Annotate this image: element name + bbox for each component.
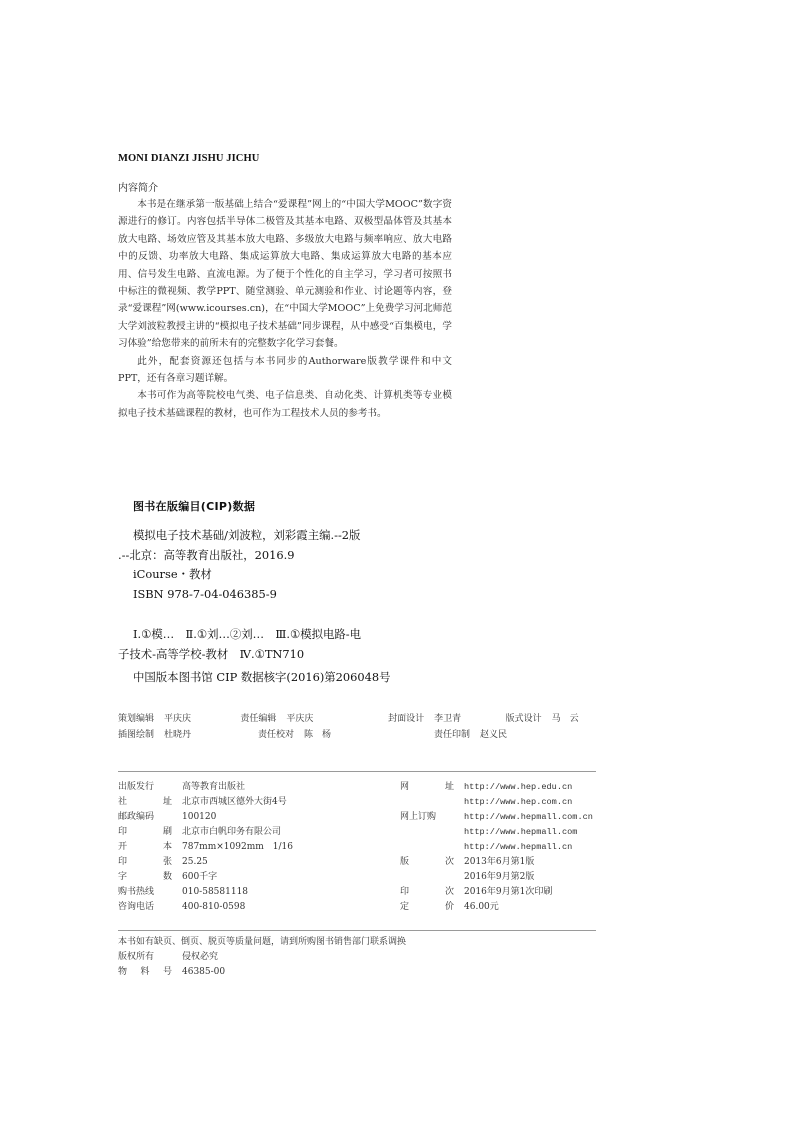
info-row: 定价46.00元 [400, 900, 593, 915]
credit-label: 责任编辑 [240, 711, 276, 727]
credits-row: 策划编辑平庆庆 责任编辑平庆庆 封面设计李卫青 版式设计马 云 [118, 711, 598, 727]
price-value: 46.00元 [464, 900, 499, 915]
copyright-row: 版权所有侵权必究 [118, 950, 406, 965]
label-part: 址 [445, 780, 454, 795]
label-part: 数 [163, 870, 172, 885]
publication-info-right: 网址http://www.hep.edu.cn http://www.hep.c… [400, 780, 593, 915]
cip-class-line: Ⅰ.①模… Ⅱ.①刘…②刘… Ⅲ.①模拟电路-电 [118, 624, 478, 644]
info-label: 网址 [400, 780, 454, 795]
credit: 插图绘制杜晓丹 [118, 727, 228, 743]
pinyin-title: MONI DIANZI JISHU JICHU [118, 153, 259, 164]
divider [118, 771, 596, 772]
intro-paragraph: 本书可作为高等院校电气类、电子信息类、自动化类、计算机类等专业模拟电子技术基础课… [118, 387, 452, 422]
info-label: 出版发行 [118, 780, 172, 795]
label-part: 刷 [163, 825, 172, 840]
credits: 策划编辑平庆庆 责任编辑平庆庆 封面设计李卫青 版式设计马 云 插图绘制杜晓丹 … [118, 711, 598, 743]
credit: 版式设计马 云 [506, 711, 598, 727]
info-row: 咨询电话400-810-0598 [118, 900, 293, 915]
intro-paragraph: 此外，配套资源还包括与本书同步的Authorware版教学课件和中文PPT，还有… [118, 353, 452, 388]
info-row: 开本787mm×1092mm 1/16 [118, 840, 293, 855]
cip-record: 模拟电子技术基础/刘波粒，刘彩霞主编.--2版 .--北京：高等教育出版社，20… [118, 526, 478, 604]
credit: 责任编辑平庆庆 [240, 711, 388, 727]
credit-value: 陈 杨 [304, 727, 331, 743]
info-row: 印张25.25 [118, 855, 293, 870]
label-part: 印 [400, 885, 409, 900]
info-label [400, 795, 454, 810]
label-part: 字 [118, 870, 127, 885]
credit-value: 平庆庆 [164, 711, 191, 727]
cip-class-line: 子技术-高等学校-教材 Ⅳ.①TN710 [118, 644, 478, 664]
info-row: 出版发行高等教育出版社 [118, 780, 293, 795]
label-part: 出版发行 [118, 780, 154, 795]
copyright-label: 版权所有 [118, 950, 172, 965]
label-part: 张 [163, 855, 172, 870]
info-row: 社址北京市西城区德外大街4号 [118, 795, 293, 810]
item-number-label: 物料号 [118, 965, 172, 980]
credit-label: 封面设计 [388, 711, 424, 727]
label-part: 次 [445, 855, 454, 870]
label-part: 号 [163, 965, 172, 980]
store-link[interactable]: http://www.hepmall.com [464, 825, 577, 840]
item-number-value: 46385-00 [182, 965, 225, 980]
info-label: 印刷 [118, 825, 172, 840]
cip-record-number: 中国版本图书馆 CIP 数据核字(2016)第206048号 [133, 669, 391, 685]
credit-value: 李卫青 [434, 711, 461, 727]
info-label: 定价 [400, 900, 454, 915]
credit: 封面设计李卫青 [388, 711, 506, 727]
info-row: 印次2016年9月第1次印刷 [400, 885, 593, 900]
label-part: 社 [118, 795, 127, 810]
info-label: 开本 [118, 840, 172, 855]
label-part: 版 [400, 855, 409, 870]
info-value: 2013年6月第1版 [464, 855, 534, 870]
info-label [400, 840, 454, 855]
credit-label: 策划编辑 [118, 711, 154, 727]
info-row: 网上订购http://www.hepmall.com.cn [400, 810, 593, 825]
label-part: 次 [445, 885, 454, 900]
cip-title: 图书在版编目(CIP)数据 [133, 498, 255, 514]
credit-label: 版式设计 [506, 711, 542, 727]
credit: 责任校对陈 杨 [258, 727, 434, 743]
cip-line: .--北京：高等教育出版社，2016.9 [118, 546, 478, 566]
info-row: http://www.hep.com.cn [400, 795, 593, 810]
info-label: 咨询电话 [118, 900, 172, 915]
info-row: 印刷北京市白帆印务有限公司 [118, 825, 293, 840]
label-part: 网上订购 [400, 810, 436, 825]
info-row: 字数600千字 [118, 870, 293, 885]
info-row: 版次2013年6月第1版 [400, 855, 593, 870]
website-link[interactable]: http://www.hep.com.cn [464, 795, 572, 810]
cip-isbn: ISBN 978-7-04-046385-9 [118, 585, 478, 605]
info-value: 010-58581118 [182, 885, 248, 900]
info-value: 北京市西城区德外大街4号 [182, 795, 287, 810]
info-label: 购书热线 [118, 885, 172, 900]
info-value: 2016年9月第1次印刷 [464, 885, 552, 900]
footer: 本书如有缺页、倒页、脱页等质量问题，请到所购图书销售部门联系调换 版权所有侵权必… [118, 935, 406, 980]
info-value: 400-810-0598 [182, 900, 245, 915]
info-label: 邮政编码 [118, 810, 172, 825]
cip-line: iCourse・教材 [118, 565, 478, 585]
info-label [400, 870, 454, 885]
label-part: 址 [163, 795, 172, 810]
publication-info-left: 出版发行高等教育出版社 社址北京市西城区德外大街4号 邮政编码100120 印刷… [118, 780, 293, 915]
label-part: 印 [118, 855, 127, 870]
label-part: 购书热线 [118, 885, 154, 900]
intro-heading: 内容简介 [118, 179, 158, 194]
credit-label: 责任校对 [258, 727, 294, 743]
info-label: 社址 [118, 795, 172, 810]
store-link[interactable]: http://www.hepmall.cn [464, 840, 572, 855]
info-value: 25.25 [182, 855, 208, 870]
credit-value: 平庆庆 [286, 711, 313, 727]
divider [118, 930, 596, 931]
info-row: http://www.hepmall.cn [400, 840, 593, 855]
info-label: 印张 [118, 855, 172, 870]
label-part: 定 [400, 900, 409, 915]
cip-classification: Ⅰ.①模… Ⅱ.①刘…②刘… Ⅲ.①模拟电路-电 子技术-高等学校-教材 Ⅳ.①… [118, 624, 478, 664]
credit: 责任印制赵义民 [434, 727, 574, 743]
label-part: 网 [400, 780, 409, 795]
info-label: 印次 [400, 885, 454, 900]
credit-value: 马 云 [552, 711, 579, 727]
info-row: 购书热线010-58581118 [118, 885, 293, 900]
credit: 策划编辑平庆庆 [118, 711, 210, 727]
info-row: 邮政编码100120 [118, 810, 293, 825]
cip-line: 模拟电子技术基础/刘波粒，刘彩霞主编.--2版 [118, 526, 478, 546]
credit-value: 赵义民 [480, 727, 507, 743]
intro-text: 本书是在继承第一版基础上结合“爱课程”网上的“中国大学MOOC”数字资源进行的修… [118, 196, 452, 422]
credit-value: 杜晓丹 [164, 727, 191, 743]
info-value: 北京市白帆印务有限公司 [182, 825, 281, 840]
label-part: 印 [118, 825, 127, 840]
info-value: 787mm×1092mm 1/16 [182, 840, 293, 855]
label-part: 邮政编码 [118, 810, 154, 825]
info-label: 字数 [118, 870, 172, 885]
store-link[interactable]: http://www.hepmall.com.cn [464, 810, 593, 825]
label-part: 料 [140, 965, 149, 980]
intro-paragraph: 本书是在继承第一版基础上结合“爱课程”网上的“中国大学MOOC”数字资源进行的修… [118, 196, 452, 353]
info-row: 网址http://www.hep.edu.cn [400, 780, 593, 795]
info-label [400, 825, 454, 840]
website-link[interactable]: http://www.hep.edu.cn [464, 780, 572, 795]
item-number-row: 物料号46385-00 [118, 965, 406, 980]
label-part: 本 [163, 840, 172, 855]
info-value: 600千字 [182, 870, 217, 885]
info-value: 2016年9月第2版 [464, 870, 534, 885]
quality-notice: 本书如有缺页、倒页、脱页等质量问题，请到所购图书销售部门联系调换 [118, 935, 406, 950]
label-part: 价 [445, 900, 454, 915]
info-value: 高等教育出版社 [182, 780, 245, 795]
info-label: 网上订购 [400, 810, 454, 825]
credits-row: 插图绘制杜晓丹 责任校对陈 杨 责任印制赵义民 [118, 727, 598, 743]
label-part: 物 [118, 965, 127, 980]
credit-label: 责任印制 [434, 727, 470, 743]
label-part: 开 [118, 840, 127, 855]
credit-label: 插图绘制 [118, 727, 154, 743]
info-value: 100120 [182, 810, 216, 825]
info-label: 版次 [400, 855, 454, 870]
info-row: 2016年9月第2版 [400, 870, 593, 885]
label-part: 咨询电话 [118, 900, 154, 915]
info-row: http://www.hepmall.com [400, 825, 593, 840]
copyright-value: 侵权必究 [182, 950, 218, 965]
